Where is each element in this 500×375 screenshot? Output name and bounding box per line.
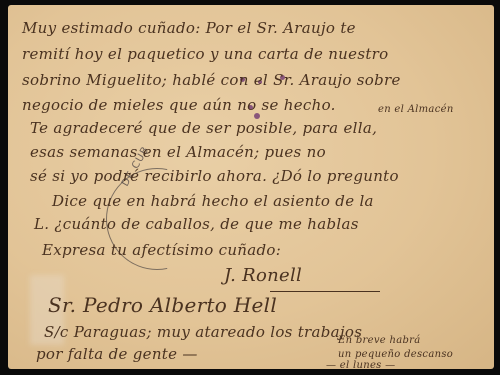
letter-line-9: L. ¿cuánto de caballos, de que me hablas xyxy=(34,215,359,233)
letter-line-8: Dice que en habrá hecho el asiento de la xyxy=(52,192,374,210)
side-note-3: — el lunes — xyxy=(326,360,395,371)
address-line-2: S/c Paraguas; muy atareado los trabajos xyxy=(44,323,362,341)
recipient-name: Sr. Pedro Alberto Hell xyxy=(48,293,277,317)
letter-line-4: negocio de mieles que aún no se hecho. xyxy=(22,96,336,114)
postcard: DE CUB Muy estimado cuñado: Por el Sr. A… xyxy=(8,5,494,369)
letter-line-3: sobrino Miguelito; hablé con el Sr. Arau… xyxy=(22,71,401,89)
letter-line-1: Muy estimado cuñado: Por el Sr. Araujo t… xyxy=(22,19,356,37)
side-note-1: En breve habrá xyxy=(338,335,421,346)
letter-line-5: Te agradeceré que de ser posible, para e… xyxy=(30,119,377,137)
letter-line-10: Expresa tu afectísimo cuñado: xyxy=(42,241,281,259)
side-note-2: un pequeño descanso xyxy=(338,349,453,360)
signature-flourish xyxy=(270,291,380,292)
signature: J. Ronell xyxy=(224,265,302,286)
interlinear-note: en el Almacén xyxy=(378,104,454,115)
letter-line-2: remití hoy el paquetico y una carta de n… xyxy=(22,45,388,63)
letter-line-7: sé si yo podré recibirlo ahora. ¿Dó lo p… xyxy=(30,167,399,185)
letter-line-6: esas semanas en el Almacén; pues no xyxy=(30,143,326,161)
address-line-3: por falta de gente — xyxy=(36,345,198,363)
